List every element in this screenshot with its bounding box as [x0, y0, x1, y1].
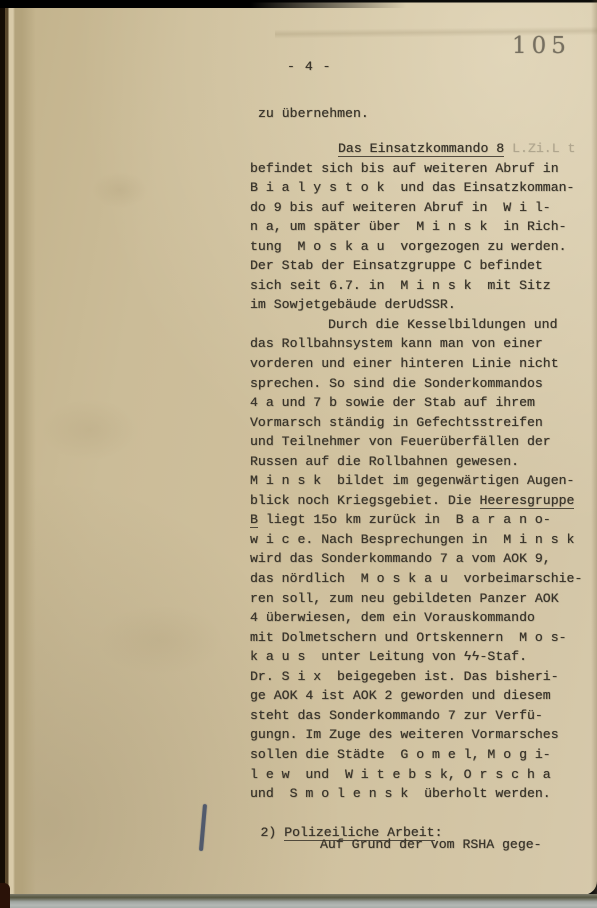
text-line: 4 überwiesen, dem ein Vorauskommando [250, 608, 586, 628]
text-line: vorderen und einer hinteren Linie nicht [250, 354, 586, 374]
text-line: do 9 bis auf weiteren Abruf in W i l- [250, 198, 586, 218]
text-segment: das Rollbahnsystem kann man von einer [250, 336, 543, 351]
text-segment: 4 a und 7 b sowie der Stab auf ihrem [250, 395, 535, 410]
text-segment: ren soll, zum neu gebildeten Panzer AOK [250, 591, 559, 606]
text-segment: und S m o l e n s k überholt werden. [250, 786, 551, 801]
text-line: das nördlich M o s k a u vorbeimarschie- [250, 569, 586, 589]
margin-pen-mark [199, 804, 207, 851]
text-line: k a u s unter Leitung von ϟϟ-Staf. [250, 647, 586, 667]
text-line: gungn. Im Zuge des weiteren Vormarsches [250, 725, 586, 745]
text-line: sprechen. So sind die Sonderkommandos [250, 374, 586, 394]
section-number: 2) [260, 825, 284, 840]
text-segment: sich seit 6.7. in M i n s k mit Sitz [250, 278, 551, 293]
text-line: 4 a und 7 b sowie der Stab auf ihrem [250, 393, 586, 413]
text-segment: steht das Sonderkommando 7 zur Verfü- [250, 708, 543, 723]
text-line: Der Stab der Einsatzgruppe C befindet [250, 256, 586, 276]
text-segment: vorderen und einer hinteren Linie nicht [250, 356, 559, 371]
text-line: blick noch Kriegsgebiet. Die Heeresgrupp… [250, 491, 586, 511]
text-segment [504, 141, 512, 156]
page-header: - 4 - [287, 59, 332, 74]
text-segment: mit Dolmetschern und Ortskennern M o s- [250, 630, 567, 645]
text-line: befindet sich bis auf weiteren Abruf in [250, 159, 586, 179]
text-line: B i a l y s t o k und das Einsatzkomman- [250, 178, 586, 198]
text-segment: im Sowjetgebäude derUdSSR. [250, 297, 456, 312]
text-segment: gungn. Im Zuge des weiteren Vormarsches [250, 727, 559, 742]
text-segment: ge AOK 4 ist AOK 2 geworden und diesem [250, 688, 551, 703]
text-segment: Dr. S i x beigegeben ist. Das bisheri- [250, 669, 559, 684]
body-text: Das Einsatzkommando 8 L.Zi.L tbefindet s… [250, 139, 586, 804]
text-line: M i n s k bildet im gegenwärtigen Augen- [250, 471, 586, 491]
text-segment: n a, um später über M i n s k in Rich- [250, 219, 567, 234]
text-segment: do 9 bis auf weiteren Abruf in W i l- [250, 200, 551, 215]
underlined-text: Das Einsatzkommando 8 [338, 141, 504, 157]
text-segment: l e w und W i t e b s k, O r s c h a [250, 767, 551, 782]
text-segment: befindet sich bis auf weiteren Abruf in [250, 161, 559, 176]
scan-edge-left [0, 0, 36, 908]
scanned-document-page: 105 - 4 - zu übernehmen. Das Einsatzkomm… [0, 0, 597, 908]
text-segment: das nördlich M o s k a u vorbeimarschie- [250, 571, 582, 586]
text-segment: w i c e. Nach Besprechungen in M i n s k [250, 532, 574, 547]
text-line: und S m o l e n s k überholt werden. [250, 784, 586, 804]
text-line: wird das Sonderkommando 7 a vom AOK 9, [250, 549, 586, 569]
text-line: sich seit 6.7. in M i n s k mit Sitz [250, 276, 586, 296]
page-number-stamp: 105 [512, 33, 571, 59]
text-segment: k a u s unter Leitung von ϟϟ-Staf. [250, 649, 527, 664]
text-line: ge AOK 4 ist AOK 2 geworden und diesem [250, 686, 586, 706]
text-segment: Der Stab der Einsatzgruppe C befindet [250, 258, 543, 273]
text-line: sollen die Städte G o m e l, M o g i- [250, 745, 586, 765]
underlined-text: B [250, 512, 258, 528]
intro-line: zu übernehmen. [258, 106, 369, 121]
text-line: w i c e. Nach Besprechungen in M i n s k [250, 530, 586, 550]
text-line: steht das Sonderkommando 7 zur Verfü- [250, 706, 586, 726]
text-line: mit Dolmetschern und Ortskennern M o s- [250, 628, 586, 648]
scan-edge-top [0, 0, 597, 8]
text-segment: sprechen. So sind die Sonderkommandos [250, 376, 543, 391]
text-line: Vormarsch ständig in Gefechtsstreifen [250, 413, 586, 433]
scan-edge-right [591, 0, 597, 894]
text-segment: blick noch Kriegsgebiet. Die [250, 493, 480, 508]
text-segment: sollen die Städte G o m e l, M o g i- [250, 747, 551, 762]
text-line: Russen auf die Rollbahnen gewesen. [250, 452, 586, 472]
text-line: ren soll, zum neu gebildeten Panzer AOK [250, 589, 586, 609]
text-segment: liegt 15o km zurück in B a r a n o- [258, 512, 551, 527]
text-segment: M i n s k bildet im gegenwärtigen Augen- [250, 473, 574, 488]
underlined-text: Heeresgruppe [480, 493, 575, 509]
text-segment: B i a l y s t o k und das Einsatzkomman- [250, 180, 574, 195]
erased-text: L.Zi.L t [512, 141, 575, 156]
section-body-line: Auf Grund der vom RSHA gege- [320, 837, 542, 852]
text-segment: wird das Sonderkommando 7 a vom AOK 9, [250, 551, 551, 566]
text-line: tung M o s k a u vorgezogen zu werden. [250, 237, 586, 257]
text-segment: und Teilnehmer von Feuerüberfällen der [250, 434, 551, 449]
text-line: Dr. S i x beigegeben ist. Das bisheri- [250, 667, 586, 687]
text-line: B liegt 15o km zurück in B a r a n o- [250, 510, 586, 530]
text-segment: Russen auf die Rollbahnen gewesen. [250, 454, 519, 469]
text-segment: Vormarsch ständig in Gefechtsstreifen [250, 415, 543, 430]
text-line: und Teilnehmer von Feuerüberfällen der [250, 432, 586, 452]
text-segment: tung M o s k a u vorgezogen zu werden. [250, 239, 567, 254]
scan-corner-mark [0, 883, 10, 908]
text-segment: 4 überwiesen, dem ein Vorauskommando [250, 610, 535, 625]
text-line: das Rollbahnsystem kann man von einer [250, 334, 586, 354]
text-line: Durch die Kesselbildungen und [250, 315, 586, 335]
text-segment: Durch die Kesselbildungen und [328, 317, 558, 332]
paper-sheet: 105 - 4 - zu übernehmen. Das Einsatzkomm… [0, 0, 597, 895]
text-line: Das Einsatzkommando 8 L.Zi.L t [250, 139, 586, 159]
text-line: n a, um später über M i n s k in Rich- [250, 217, 586, 237]
text-line: im Sowjetgebäude derUdSSR. [250, 295, 586, 315]
text-line: l e w und W i t e b s k, O r s c h a [250, 765, 586, 785]
scan-edge-bottom [0, 894, 597, 908]
